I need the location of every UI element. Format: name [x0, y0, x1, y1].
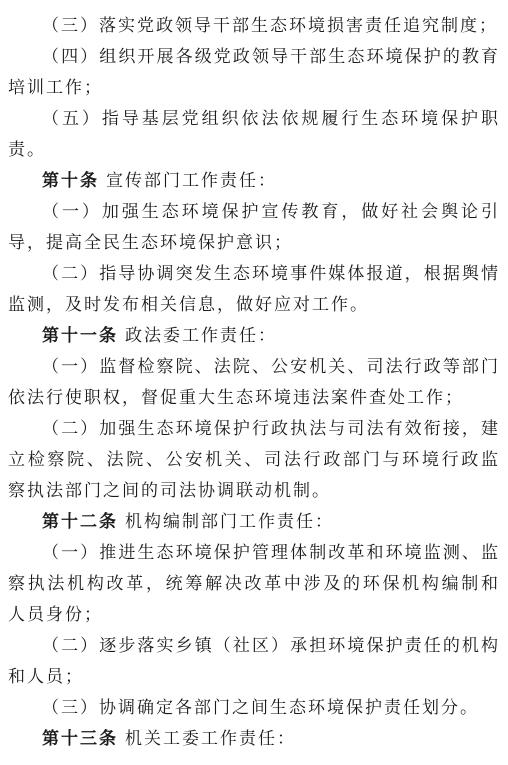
article-number: 第十条: [42, 171, 99, 190]
clause-item: （一）加强生态环境保护宣传教育，做好社会舆论引导，提高全民生态环境保护意识；: [8, 196, 500, 258]
clause-item: （二）指导协调突发生态环境事件媒体报道，根据舆情监测，及时发布相关信息，做好应对…: [8, 258, 500, 320]
article-number: 第十一条: [42, 326, 118, 345]
clause-item: （一）监督检察院、法院、公安机关、司法行政等部门依法行使职权，督促重大生态环境违…: [8, 351, 500, 413]
clause-item: （二）加强生态环境保护行政执法与司法有效衔接，建立检察院、法院、公安机关、司法行…: [8, 413, 500, 506]
clause-item: （四）组织开展各级党政领导干部生态环境保护的教育培训工作；: [8, 41, 500, 103]
article-heading-11: 第十一条政法委工作责任：: [8, 320, 500, 351]
article-number: 第十二条: [42, 512, 118, 531]
article-heading-12: 第十二条机构编制部门工作责任：: [8, 506, 500, 537]
clause-item: （三）落实党政领导干部生态环境损害责任追究制度；: [8, 10, 500, 41]
clause-item: （一）推进生态环境保护管理体制改革和环境监测、监察执法机构改革，统筹解决改革中涉…: [8, 537, 500, 630]
article-title: 宣传部门工作责任：: [106, 171, 277, 190]
article-title: 机关工委工作责任：: [125, 729, 296, 748]
article-heading-10: 第十条宣传部门工作责任：: [8, 165, 500, 196]
clause-item: （二）逐步落实乡镇（社区）承担环境保护责任的机构和人员；: [8, 630, 500, 692]
article-number: 第十三条: [42, 729, 118, 748]
clause-item: （三）协调确定各部门之间生态环境保护责任划分。: [8, 692, 500, 723]
article-title: 机构编制部门工作责任：: [125, 512, 334, 531]
document-page: （三）落实党政领导干部生态环境损害责任追究制度； （四）组织开展各级党政领导干部…: [0, 0, 508, 765]
clause-item: （五）指导基层党组织依法依规履行生态环境保护职责。: [8, 103, 500, 165]
article-title: 政法委工作责任：: [125, 326, 277, 345]
article-heading-13: 第十三条机关工委工作责任：: [8, 723, 500, 754]
